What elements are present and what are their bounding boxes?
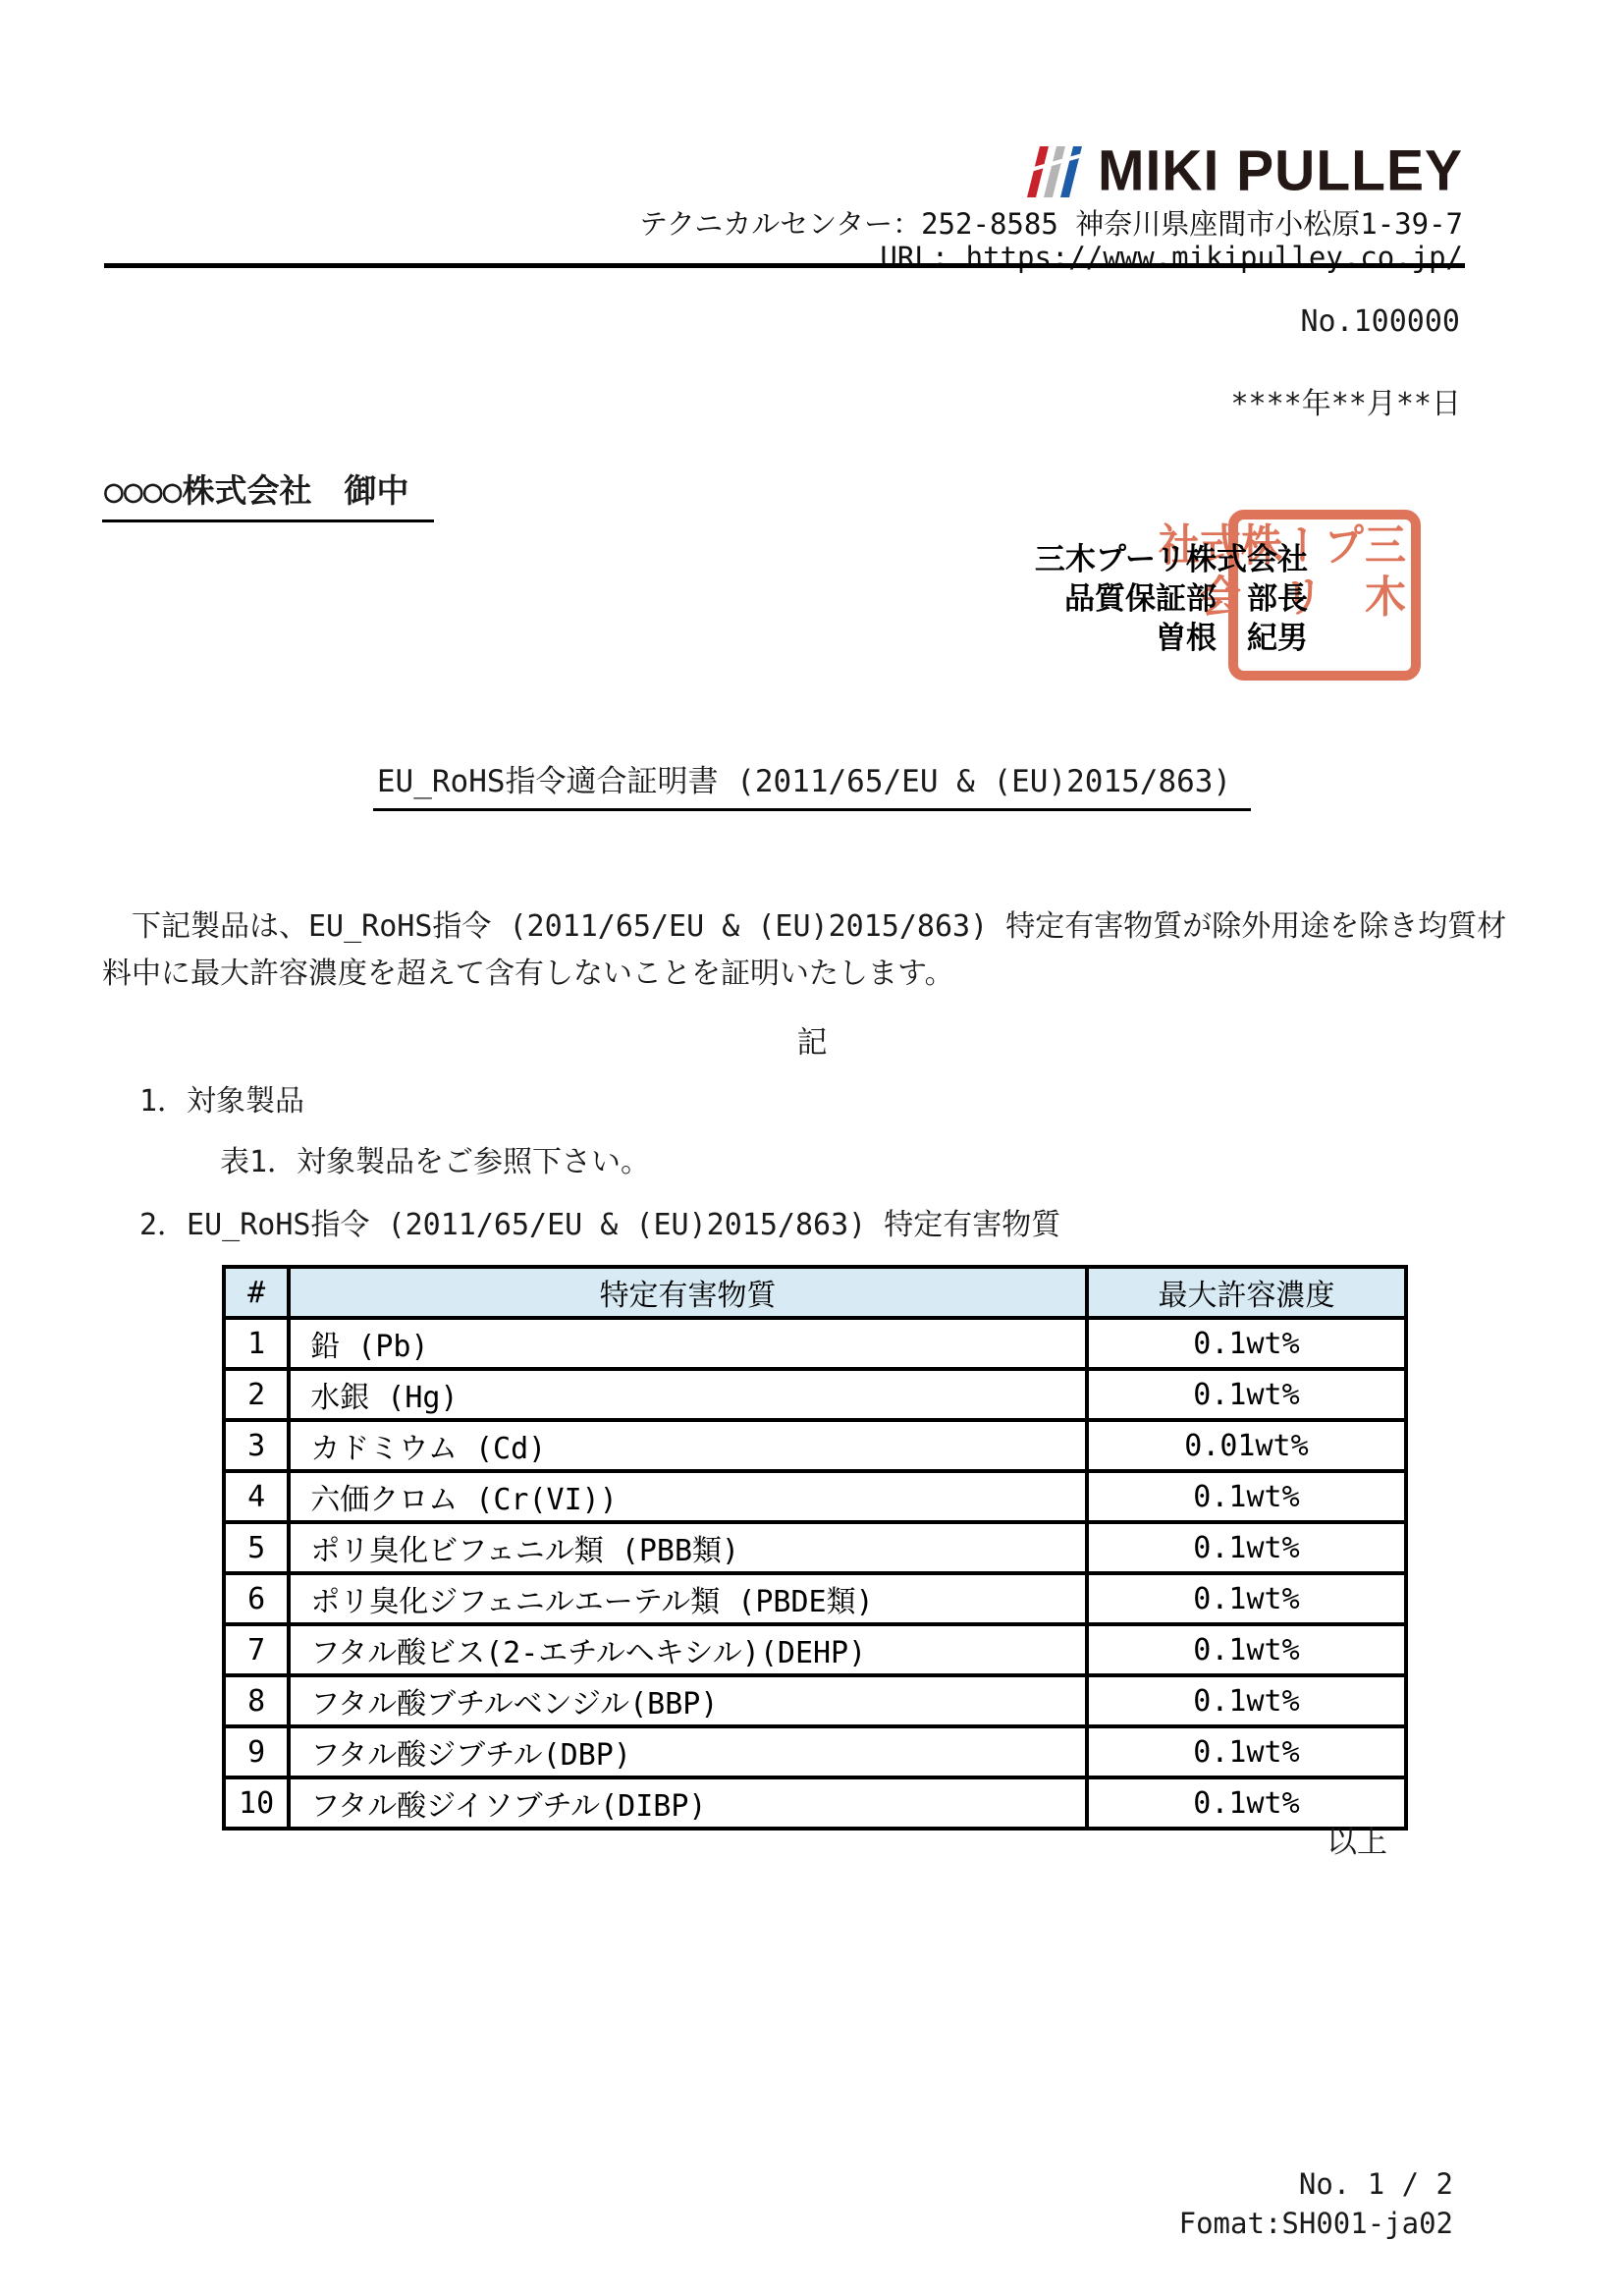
table-row: 5ポリ臭化ビフェニル類 (PBB類)0.1wt%	[224, 1522, 1406, 1573]
brand-name: MIKI PULLEY	[1098, 142, 1463, 199]
limit-cell: 0.1wt%	[1087, 1726, 1406, 1777]
document-date: ****年**月**日	[1231, 379, 1462, 422]
row-number-cell: 5	[224, 1522, 289, 1573]
row-number-cell: 8	[224, 1675, 289, 1726]
section-1-text: 表1．対象製品をご参照下さい。	[220, 1137, 650, 1180]
row-number-cell: 4	[224, 1471, 289, 1522]
table-row: 9フタル酸ジブチル(DBP)0.1wt%	[224, 1726, 1406, 1777]
limit-cell: 0.1wt%	[1087, 1369, 1406, 1420]
row-number-cell: 1	[224, 1318, 289, 1369]
table-row: 1鉛 (Pb)0.1wt%	[224, 1318, 1406, 1369]
table-row: 3カドミウム (Cd)0.01wt%	[224, 1420, 1406, 1471]
row-number-cell: 9	[224, 1726, 289, 1777]
body-line: 料中に最大許容濃度を超えて含有しないことを証明いたします。	[102, 951, 1506, 998]
header-substance: 特定有害物質	[289, 1267, 1087, 1318]
page-number: No. 1 / 2	[1179, 2164, 1453, 2204]
header-limit: 最大許容濃度	[1087, 1267, 1406, 1318]
table-row: 4六価クロム (Cr(VI))0.1wt%	[224, 1471, 1406, 1522]
letterhead: MIKI PULLEY テクニカルセンター：252-8585 神奈川県座間市小松…	[639, 143, 1463, 274]
table-row: 6ポリ臭化ジフェニルエーテル類 (PBDE類)0.1wt%	[224, 1573, 1406, 1624]
company-url: URL: https://www.mikipulley.co.jp/	[639, 241, 1463, 274]
limit-cell: 0.1wt%	[1087, 1318, 1406, 1369]
row-number-cell: 10	[224, 1777, 289, 1829]
substance-cell: 水銀 (Hg)	[289, 1369, 1087, 1420]
table-header-row: # 特定有害物質 最大許容濃度	[224, 1267, 1406, 1318]
substance-cell: フタル酸ジブチル(DBP)	[289, 1726, 1087, 1777]
limit-cell: 0.1wt%	[1087, 1624, 1406, 1675]
row-number-cell: 6	[224, 1573, 289, 1624]
substance-cell: フタル酸ブチルベンジル(BBP)	[289, 1675, 1087, 1726]
addressee: ○○○○株式会社 御中	[102, 465, 434, 522]
limit-cell: 0.1wt%	[1087, 1675, 1406, 1726]
company-address: テクニカルセンター：252-8585 神奈川県座間市小松原1-39-7	[639, 207, 1463, 241]
format-code: Fomat:SH001-ja02	[1179, 2204, 1453, 2243]
seal-column: 三木プ	[1321, 521, 1403, 668]
closing-mark: 以上	[1326, 1817, 1387, 1861]
company-logo: MIKI PULLEY	[639, 143, 1463, 199]
limit-cell: 0.1wt%	[1087, 1573, 1406, 1624]
substance-cell: ポリ臭化ジフェニルエーテル類 (PBDE類)	[289, 1573, 1087, 1624]
document-number: No.100000	[1300, 304, 1460, 339]
page-footer: No. 1 / 2 Fomat:SH001-ja02	[1179, 2164, 1453, 2243]
substance-cell: フタル酸ジイソブチル(DIBP)	[289, 1777, 1087, 1829]
table-row: 10フタル酸ジイソブチル(DIBP)0.1wt%	[224, 1777, 1406, 1829]
substance-cell: フタル酸ビス(2-エチルヘキシル)(DEHP)	[289, 1624, 1087, 1675]
substance-cell: 六価クロム (Cr(VI))	[289, 1471, 1087, 1522]
row-number-cell: 2	[224, 1369, 289, 1420]
header-number: #	[224, 1267, 289, 1318]
limit-cell: 0.1wt%	[1087, 1522, 1406, 1573]
title-row: EU_RoHS指令適合証明書 (2011/65/EU & (EU)2015/86…	[0, 756, 1624, 811]
issuer-name: 曽根 紀男	[1035, 619, 1308, 658]
substance-cell: 鉛 (Pb)	[289, 1318, 1087, 1369]
row-number-cell: 3	[224, 1420, 289, 1471]
section-2-heading: 2．EU_RoHS指令 (2011/65/EU & (EU)2015/863) …	[139, 1200, 1060, 1243]
issuer-company: 三木プーリ株式会社	[1035, 540, 1308, 579]
table-row: 2水銀 (Hg)0.1wt%	[224, 1369, 1406, 1420]
limit-cell: 0.1wt%	[1087, 1471, 1406, 1522]
body-paragraph: 下記製品は、EU_RoHS指令 (2011/65/EU & (EU)2015/8…	[102, 903, 1506, 998]
table-row: 7フタル酸ビス(2-エチルヘキシル)(DEHP)0.1wt%	[224, 1624, 1406, 1675]
header-divider	[104, 263, 1465, 268]
document-page: MIKI PULLEY テクニカルセンター：252-8585 神奈川県座間市小松…	[0, 0, 1624, 2296]
limit-cell: 0.01wt%	[1087, 1420, 1406, 1471]
document-title: EU_RoHS指令適合証明書 (2011/65/EU & (EU)2015/86…	[373, 756, 1251, 811]
issuer-department: 品質保証部 部長	[1035, 579, 1308, 619]
note-mark: 記	[0, 1017, 1624, 1062]
row-number-cell: 7	[224, 1624, 289, 1675]
issuer-block: 三木プーリ株式会社 品質保証部 部長 曽根 紀男	[1035, 540, 1308, 658]
table-row: 8フタル酸ブチルベンジル(BBP)0.1wt%	[224, 1675, 1406, 1726]
substance-cell: カドミウム (Cd)	[289, 1420, 1087, 1471]
substances-table: # 特定有害物質 最大許容濃度 1鉛 (Pb)0.1wt% 2水銀 (Hg)0.…	[222, 1265, 1408, 1831]
substance-cell: ポリ臭化ビフェニル類 (PBB類)	[289, 1522, 1087, 1573]
section-1-heading: 1．対象製品	[139, 1076, 304, 1120]
body-line: 下記製品は、EU_RoHS指令 (2011/65/EU & (EU)2015/8…	[102, 903, 1506, 951]
miki-pulley-logo-icon	[1027, 146, 1086, 197]
